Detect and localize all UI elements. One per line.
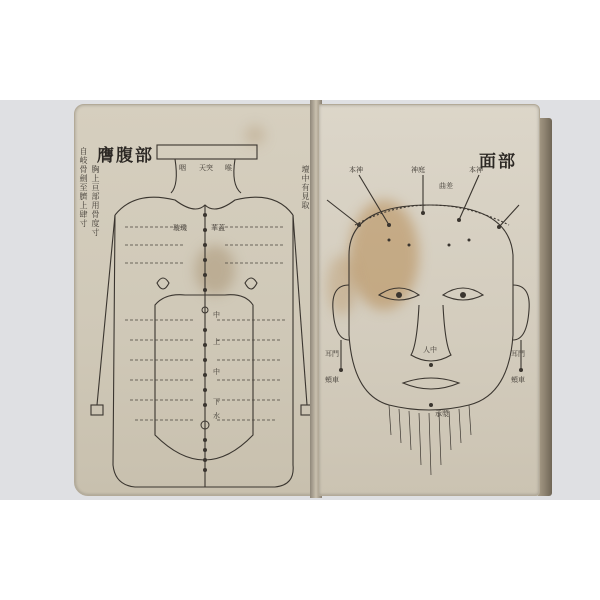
point-label: 水 xyxy=(213,411,220,421)
right-page: 面部 xyxy=(318,104,540,496)
point-label: 人中 xyxy=(423,345,437,355)
point-label: 神庭 xyxy=(411,165,425,175)
point-label: 華蓋 xyxy=(211,223,225,233)
point-label: 曲差 xyxy=(439,181,453,191)
throat-label: 喉 xyxy=(225,163,232,173)
point-label: 頰車 xyxy=(325,375,339,385)
point-label: 上 xyxy=(213,337,220,347)
open-book: 膺腹部 自岐骨劍至臍上肆寸 胸上亘部用骨度寸 壇中有見取 xyxy=(60,98,552,500)
throat-label: 天突 xyxy=(199,163,213,173)
point-label: 頰車 xyxy=(511,375,525,385)
point-label: 耳門 xyxy=(511,349,525,359)
throat-label: 咽 xyxy=(179,163,186,173)
point-label: 本神 xyxy=(469,165,483,175)
point-label: 承漿 xyxy=(435,409,449,419)
point-label: 中 xyxy=(213,367,220,377)
point-label: 耳門 xyxy=(325,349,339,359)
point-label: 下 xyxy=(213,397,220,407)
point-label: 本神 xyxy=(349,165,363,175)
left-page: 膺腹部 自岐骨劍至臍上肆寸 胸上亘部用骨度寸 壇中有見取 xyxy=(74,104,314,496)
book-fore-edge xyxy=(538,118,552,496)
face-chart xyxy=(319,105,539,495)
torso-chart xyxy=(75,105,313,495)
point-label: 璇璣 xyxy=(173,223,187,233)
point-label: 中 xyxy=(213,310,220,320)
